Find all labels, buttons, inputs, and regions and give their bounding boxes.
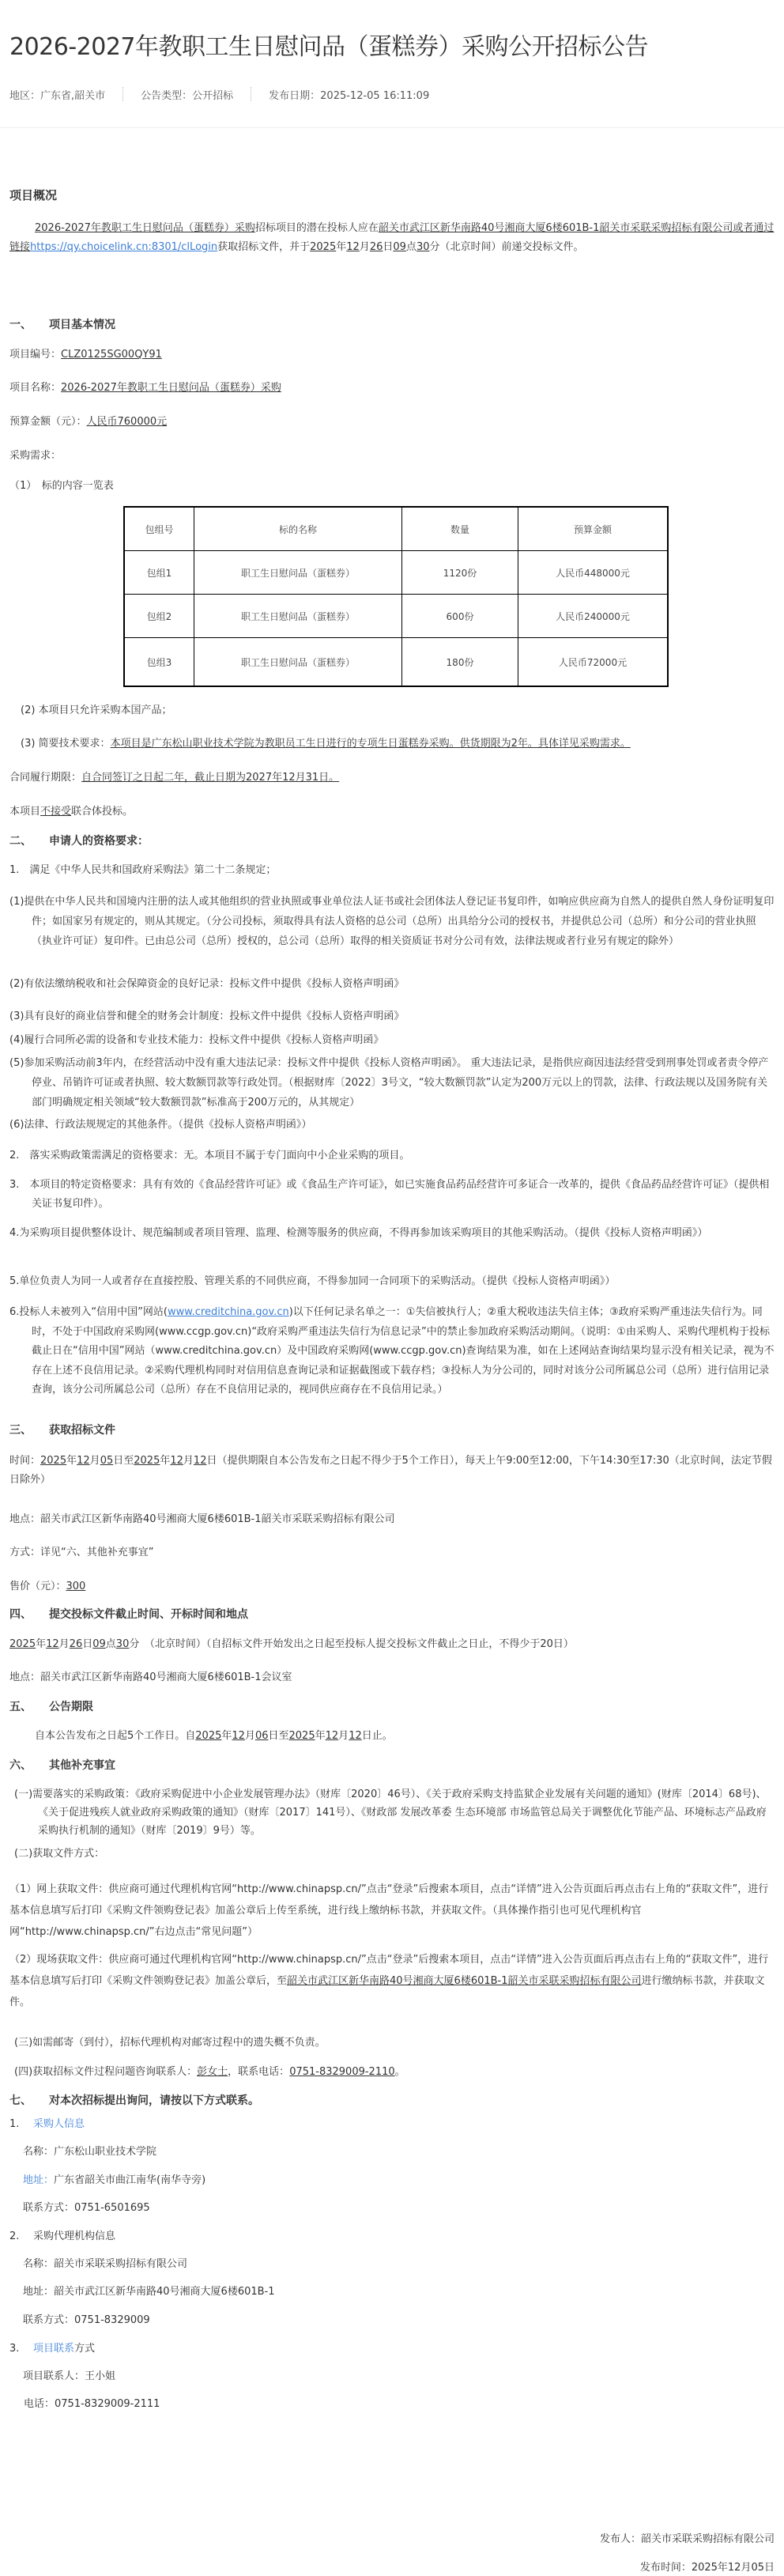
header-cell: 数量	[402, 507, 518, 551]
table-cell: 1120份	[402, 551, 518, 595]
table-cell: 600份	[402, 595, 518, 638]
demand-label: 采购需求：	[9, 448, 775, 465]
header-cell: 预算金额	[518, 507, 669, 551]
contract-period: 合同履行期限：自合同签订之日起二年，截止日期为2027年12月31日。	[9, 769, 775, 787]
table-cell: 包组3	[124, 638, 194, 687]
agency-phone: 联系方式：0751-8329009	[23, 2312, 775, 2329]
table-cell: 包组2	[124, 595, 194, 638]
publish-date: 发布日期：2025-12-05 16:11:09	[269, 87, 447, 102]
section-3-heading: 三、获取招标文件	[9, 1422, 115, 1437]
section-1-heading: 一、项目基本情况	[9, 316, 115, 332]
lot-table: 包组号 标的名称 数量 预算金额 包组1 职工生日慰问品（蛋糕券） 1120份 …	[123, 506, 669, 687]
region: 地区：广东省,韶关市	[9, 87, 122, 102]
agency-heading: 2.采购代理机构信息	[9, 2228, 775, 2246]
section-6-heading: 六、其他补充事宜	[9, 1757, 115, 1773]
creditchina-link[interactable]: www.creditchina.gov.cn	[168, 1306, 289, 1318]
table-cell: 职工生日慰问品（蛋糕券）	[194, 551, 402, 595]
table-cell: 职工生日慰问品（蛋糕券）	[194, 595, 402, 638]
publish-time: 发布时间：2025年12月05日	[640, 2559, 775, 2574]
requirement-1-5: (5)参加采购活动前3年内，在经营活动中没有重大违法记录：投标文件中提供《投标人…	[9, 1053, 775, 1112]
requirement-1-3: (3)具有良好的商业信誉和健全的财务会计制度：投标文件中提供《投标人资格声明函》	[9, 1008, 775, 1025]
notice-type: 公告类型：公开招标	[141, 87, 251, 102]
domestic-only: (2) 本项目只允许采购本国产品；	[21, 702, 775, 720]
requirement-1-6: (6)法律、行政法规规定的其他条件。（提供《投标人资格声明函》）	[9, 1116, 775, 1134]
meta-divider	[251, 87, 251, 101]
acquire-place: 地点：韶关市武江区新华南路40号湘商大厦6楼601B-1韶关市采联采购招标有限公…	[9, 1511, 775, 1528]
publisher: 发布人：韶关市采联采购招标有限公司	[600, 2530, 775, 2545]
policy-requirements: (一)需要落实的采购政策：《政府采购促进中小企业发展管理办法》（财库〔2020〕…	[14, 1785, 775, 1840]
table-cell: 180份	[402, 638, 518, 687]
acquisition-methods-label: (二)获取文件方式：	[14, 1845, 775, 1863]
login-link[interactable]: https://qy.choicelink.cn:8301/clLogin	[30, 241, 217, 253]
table-cell: 人民币72000元	[518, 638, 669, 687]
requirement-6: 6.投标人未被列入“信用中国”网站(www.creditchina.gov.cn…	[9, 1303, 775, 1400]
table-cell: 人民币448000元	[518, 551, 669, 595]
header-cell: 标的名称	[194, 507, 402, 551]
notice-period: 自本公告发布之日起5个工作日。自2025年12月06日至2025年12月12日止…	[9, 1728, 775, 1745]
purchaser-phone: 联系方式：0751-6501695	[23, 2200, 775, 2217]
agency-name: 名称：韶关市采联采购招标有限公司	[23, 2256, 775, 2273]
table-row: 包组1 职工生日慰问品（蛋糕券） 1120份 人民币448000元	[124, 551, 668, 595]
header-divider	[0, 127, 784, 128]
document-price: 售价（元）：300	[9, 1578, 775, 1596]
purchaser-name: 名称：广东松山职业技术学院	[23, 2144, 775, 2161]
purchaser-address: 地址：广东省韶关市曲江南华(南华寺旁)	[23, 2172, 775, 2189]
notice-header: 2026-2027年教职工生日慰问品（蛋糕券）采购公开招标公告 地区：广东省,韶…	[0, 0, 784, 102]
section-4-heading: 四、提交投标文件截止时间、开标时间和地点	[9, 1606, 248, 1622]
submission-deadline: 2025年12月26日09点30分 （北京时间）（自招标文件开始发出之日起至投标…	[9, 1636, 775, 1653]
online-acquisition: （1）网上获取文件：供应商可通过代理机构官网“http://www.chinap…	[9, 1879, 775, 1943]
overview-paragraph: 2026-2027年教职工生日慰问品（蛋糕券）采购招标项目的潜在投标人应在韶关市…	[9, 219, 775, 257]
section-2-heading: 二、申请人的资格要求：	[9, 833, 149, 848]
requirement-1: 1. 满足《中华人民共和国政府采购法》第二十二条规定；	[9, 862, 775, 879]
budget: 预算金额（元）：人民币760000元	[9, 414, 775, 431]
requirement-5: 5.单位负责人为同一人或者存在直接控股、管理关系的不同供应商，不得参加同一合同项…	[9, 1273, 775, 1290]
requirement-4: 4.为采购项目提供整体设计、规范编制或者项目管理、监理、检测等服务的供应商，不得…	[9, 1224, 775, 1243]
agency-address: 地址：韶关市武江区新华南路40号湘商大厦6楼601B-1	[23, 2283, 775, 2301]
meta-divider	[122, 87, 123, 101]
project-contact-phone: 电话：0751-8329009-2111	[24, 2396, 775, 2413]
requirement-2: 2. 落实采购政策需满足的资格要求：无。本项目不属于专门面向中小企业采购的项目。	[9, 1147, 775, 1165]
requirement-1-4: (4)履行合同所必需的设备和专业技术能力：投标文件中提供《投标人资格声明函》	[9, 1032, 775, 1049]
acquire-time: 时间：2025年12月05日至2025年12月12日（提供期限自本公告发布之日起…	[9, 1452, 775, 1490]
page-title: 2026-2027年教职工生日慰问品（蛋糕券）采购公开招标公告	[9, 32, 775, 63]
meta-row: 地区：广东省,韶关市 公告类型：公开招标 发布日期：2025-12-05 16:…	[9, 86, 775, 102]
mail-note: (三)如需邮寄（到付），招标代理机构对邮寄过程中的遗失概不负责。	[14, 2034, 775, 2052]
project-contact-heading: 3.项目联系方式	[9, 2340, 775, 2358]
overview-heading: 项目概况	[9, 187, 57, 203]
requirement-3: 3. 本项目的特定资格要求：具有有效的《食品经营许可证》或《食品生产许可证》，如…	[9, 1176, 775, 1214]
table-header-row: 包组号 标的名称 数量 预算金额	[124, 507, 668, 551]
inquiry-contact: (四)获取招标文件过程问题咨询联系人：彭女士，联系电话：0751-8329009…	[14, 2064, 775, 2081]
purchaser-heading: 1.采购人信息	[9, 2116, 775, 2133]
project-contact-person: 项目联系人：王小姐	[23, 2368, 775, 2385]
acquire-method: 方式：详见“六、其他补充事宜”	[9, 1544, 775, 1562]
project-code: 项目编号：CLZ0125SG00QY91	[9, 346, 775, 364]
section-7-heading: 七、对本次招标提出询问，请按以下方式联系。	[9, 2092, 259, 2108]
header-cell: 包组号	[124, 507, 194, 551]
table-cell: 包组1	[124, 551, 194, 595]
section-5-heading: 五、公告期限	[9, 1698, 93, 1714]
table-row: 包组3 职工生日慰问品（蛋糕券） 180份 人民币72000元	[124, 638, 668, 687]
opening-place: 地点：韶关市武江区新华南路40号湘商大厦6楼601B-1会议室	[9, 1669, 775, 1686]
table-row: 包组2 职工生日慰问品（蛋糕券） 600份 人民币240000元	[124, 595, 668, 638]
table-caption: （1） 标的内容一览表	[9, 478, 775, 495]
onsite-acquisition: （2）现场获取文件：供应商可通过代理机构官网“http://www.chinap…	[9, 1949, 775, 2013]
tech-requirements: (3) 简要技术要求：本项目是广东松山职业技术学院为教职员工生日进行的专项生日蛋…	[21, 735, 775, 753]
table-cell: 人民币240000元	[518, 595, 669, 638]
project-name: 项目名称：2026-2027年教职工生日慰问品（蛋糕券）采购	[9, 380, 775, 397]
requirement-1-1: (1)提供在中华人民共和国境内注册的法人或其他组织的营业执照或事业单位法人证书或…	[9, 892, 775, 951]
requirement-1-2: (2)有依法缴纳税收和社会保障资金的良好记录：投标文件中提供《投标人资格声明函》	[9, 976, 775, 993]
consortium-note: 本项目不接受联合体投标。	[9, 803, 775, 821]
table-cell: 职工生日慰问品（蛋糕券）	[194, 638, 402, 687]
